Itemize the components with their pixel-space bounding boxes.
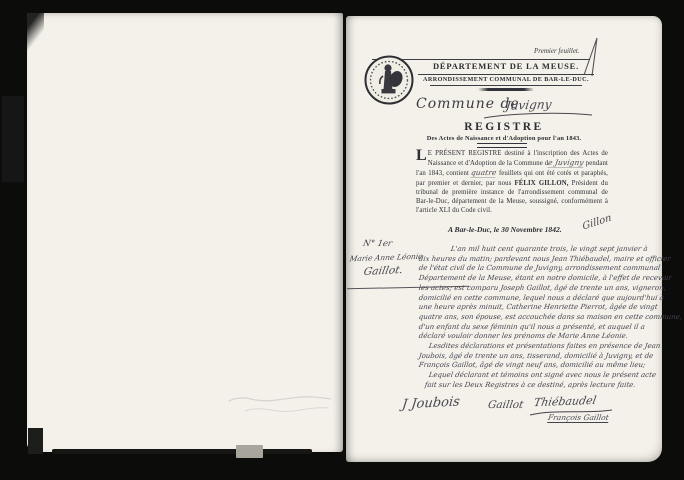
commune-underline-swash bbox=[482, 111, 594, 120]
ink-bleedthrough-marks bbox=[225, 391, 335, 421]
arrondissement-title: ARRONDISSEMENT COMMUNAL DE BAR-LE-DUC. bbox=[416, 76, 596, 83]
bottom-page-edges bbox=[52, 449, 312, 454]
act-margin-name-line2: Gaillot. bbox=[363, 264, 404, 278]
president-name: FÉLIX GILLON, bbox=[515, 180, 569, 187]
act-line: quatre ans, son épouse, est accouchée da… bbox=[418, 313, 651, 323]
act-line: de l'état civil de la Commune de Juvigny… bbox=[418, 264, 651, 274]
dateline: A Bar-le-Duc, le 30 Novembre 1842. bbox=[448, 225, 562, 234]
act-line: L'an mil huit cent quarante trois, le vi… bbox=[418, 245, 651, 255]
header-rule-bottom bbox=[430, 85, 582, 86]
registre-subtitle: Des Actes de Naissance et d'Adoption pou… bbox=[396, 135, 612, 142]
witness-signature-francois-gaillot: François Gaillot bbox=[547, 413, 609, 423]
act-line: les actes; est comparu Joseph Gaillot, â… bbox=[418, 284, 651, 294]
book-corner-shadow bbox=[27, 13, 44, 59]
right-page: Premier feuillet. DÉPARTEMENT DE LA MEUS… bbox=[346, 16, 662, 462]
act-line: domicilié en cette commune, lequel nous … bbox=[418, 294, 651, 304]
act-line: dix heures du matin; pardevant nous Jean… bbox=[418, 255, 651, 265]
act-line: François Gaillot, âgé de vingt neuf ans,… bbox=[418, 361, 651, 371]
act-line: Lequel déclarant et témoins ont signé av… bbox=[418, 371, 651, 381]
protruding-page-edge bbox=[236, 445, 263, 458]
commune-seal-icon bbox=[363, 54, 415, 106]
act-line: Joubois, âgé de trente un ans, tisserand… bbox=[418, 352, 651, 362]
act-line: Lesdites déclarations et présentations f… bbox=[418, 342, 651, 352]
witness-signature-joubois: J Joubois bbox=[401, 394, 461, 412]
act-line: déclaré vouloir donner les prénoms de Ma… bbox=[418, 332, 651, 342]
handwritten-feuillet-count: quatre bbox=[470, 168, 497, 178]
registre-declaration-paragraph: LE PRÉSENT REGISTRE destiné à l'inscript… bbox=[416, 149, 608, 215]
registre-title-rule bbox=[477, 143, 527, 148]
act-line: une heure après minuit, Catherine Henrie… bbox=[418, 303, 651, 313]
act-margin-name-line1: Marie Anne Léonie bbox=[349, 252, 424, 264]
left-page bbox=[27, 13, 343, 452]
commune-label: Commune de bbox=[416, 96, 520, 112]
registre-title: REGISTRE bbox=[414, 121, 594, 133]
dropcap-letter: L bbox=[416, 149, 427, 163]
scanned-register-spread: Premier feuillet. DÉPARTEMENT DE LA MEUS… bbox=[0, 0, 684, 480]
declarant-signature-gaillot: Gaillot bbox=[487, 399, 524, 411]
department-title: DÉPARTEMENT DE LA MEUSE. bbox=[416, 61, 596, 71]
page-edge-shadow bbox=[28, 428, 43, 454]
act-line: d'un enfant du sexe féminin qu'il nous a… bbox=[418, 323, 651, 333]
header-rule-mid bbox=[418, 74, 594, 75]
handwritten-commune-inline: e Juvigny bbox=[548, 158, 585, 168]
header-ornament-divider bbox=[478, 88, 534, 91]
act-body: L'an mil huit cent quarante trois, le vi… bbox=[418, 245, 650, 391]
paraph-flourish bbox=[576, 33, 604, 79]
act-number: N° 1er bbox=[362, 239, 393, 249]
scan-edge-smudge bbox=[2, 96, 24, 182]
act-line: Département de la Meuse, étant en notre … bbox=[418, 274, 651, 284]
premier-feuillet-label: Premier feuillet. bbox=[534, 47, 580, 55]
act-line: fait sur les Deux Registres à ce destiné… bbox=[418, 381, 651, 391]
